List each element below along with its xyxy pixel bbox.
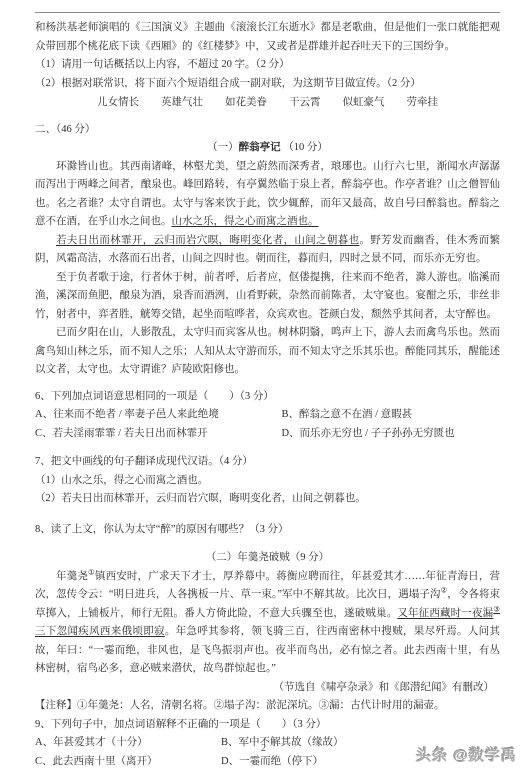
couplet-phrase: 如花美眷 [225,94,267,113]
passage1-title-score: （10 分） [281,142,328,153]
passage1-paragraph-1: 环滁皆山也。其西南诸峰，林壑尤美，望之蔚然而深秀者，琅琊也。山行六七里，渐闻水声… [35,158,500,232]
question-6-stem: 6、下列加点词语意思相同的一项是（ ）（3 分） [35,388,500,407]
question-6-option-a: A、往来而不绝者 / 率妻子邑人来此绝境 [35,406,281,425]
couplet-phrase: 儿女情长 [97,94,139,113]
question-8: 8、读了上文，你认为太守“醉”的原因有哪些？（3 分） [35,521,500,540]
passage2-title: （二）年羹尧破贼（9 分） [35,549,500,568]
couplet-phrase: 英雄气壮 [161,94,203,113]
question-7-sub2: （2）若夫日出而林霏开，云归而岩穴暝，晦明变化者，山间之朝暮也。 [35,490,500,509]
passage2-notes: 【注释】①年羹尧：人名，清朝名将。②塌子沟：淤泥深坑。③漏：古代计时用的漏壶。 [35,697,500,716]
watermark: 头条 @数学禹 [416,747,517,766]
question-6-option-d: D、而乐亦无穷也 / 子子孙孙无穷匮也 [281,425,500,444]
question-7-stem: 7、把文中画线的句子翻译成现代汉语。（4 分） [35,453,500,472]
question-1: （1）请用一句话概括以上内容，不超过 20 字。（2 分） [35,56,500,75]
passage1-title-prefix: （一） [207,142,239,153]
question-7: 7、把文中画线的句子翻译成现代汉语。（4 分） （1）山水之乐，得之心而寓之酒也… [35,453,500,509]
passage1-title: （一）醉翁亭记 （10 分） [35,139,500,158]
passage1-title-text: 醉翁亭记 [239,142,281,153]
passage1-paragraph-4: 已而夕阳在山，人影散乱，太守归而宾客从也。树林阴翳，鸣声上下，游人去而禽鸟乐也。… [35,324,500,380]
couplet-phrase: 干云霄 [289,94,321,113]
intro-paragraph: 和杨洪基老师演唱的《三国演义》主题曲《滚滚长江东逝水》都是老歌曲，但是他们一张口… [35,19,500,56]
question-9-stem: 9、下列句子中，加点词语解释不正确的一项是（ ）（3 分） [35,716,500,735]
couplet-phrase: 似虹豪气 [343,94,385,113]
question-6: 6、下列加点词语意思相同的一项是（ ）（3 分） A、往来而不绝者 / 率妻子邑… [35,388,500,444]
passage2-source: （节选自《啸亭杂录》和《郎潜纪闻》有删改） [35,679,500,698]
question-6-option-c: C、若夫淫雨霏霏 / 若夫日出而林霏开 [35,425,281,444]
passage1-paragraph-3: 至于负者歌于途，行者休于树，前者呼，后者应，伛偻提携，往来而不绝者，滁人游也。临… [35,269,500,325]
question-6-options: A、往来而不绝者 / 率妻子邑人来此绝境 B、醉翁之意不在酒 / 意暇甚 C、若… [35,406,500,443]
exam-page: 和杨洪基老师演唱的《三国演义》主题曲《滚滚长江东逝水》都是老歌曲，但是他们一张口… [0,0,527,768]
couplet-phrase: 劳牵挂 [407,94,439,113]
top-divider [35,12,500,13]
question-7-sub1: （1）山水之乐，得之心而寓之酒也。 [35,472,500,491]
passage2-paragraph: 年羹尧①镇西安时，广求天下才士，厚养幕中。蒋衡应聘而往，年甚爱其才……年征青海日… [35,568,500,679]
question-6-option-b: B、醉翁之意不在酒 / 意暇甚 [281,406,500,425]
section-heading: 二、（46 分） [35,121,500,140]
question-2: （2）根据对联常识，将下面六个短语组合成一副对联，为这期节目做宣传。（2 分） [35,75,500,94]
couplet-phrases: 儿女情长 英雄气壮 如花美眷 干云霄 似虹豪气 劳牵挂 [35,94,500,113]
passage1-paragraph-2: 若夫日出而林霏开，云归而岩穴暝，晦明变化者，山间之朝暮也。野芳发而幽香，佳木秀而… [35,232,500,269]
